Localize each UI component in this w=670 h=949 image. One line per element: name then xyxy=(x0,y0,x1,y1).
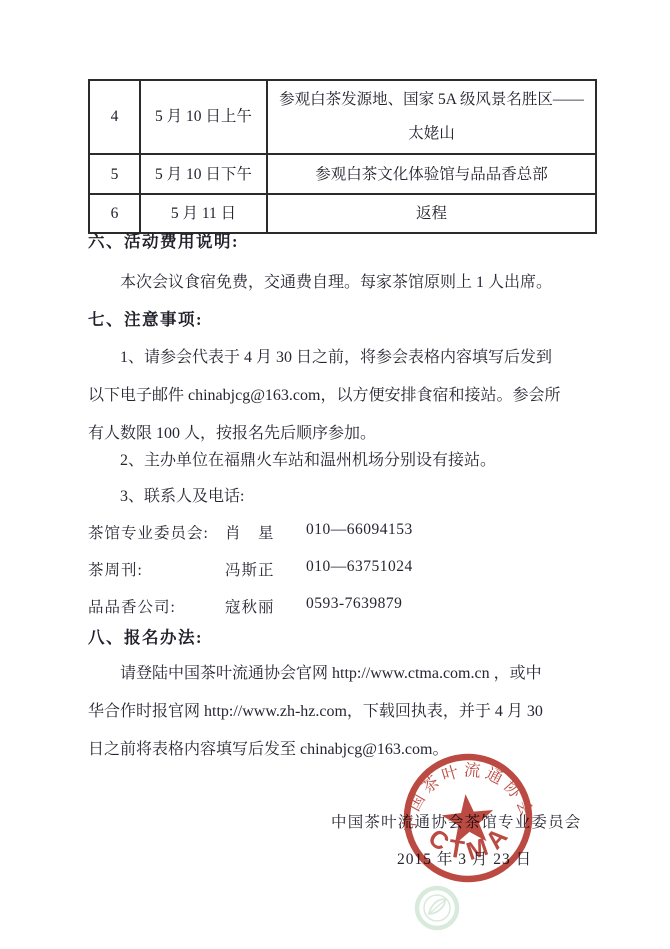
section-notes-heading: 七、注意事项: xyxy=(88,309,600,331)
row-number: 4 xyxy=(89,80,140,154)
contact-org: 茶周刊: xyxy=(88,558,225,580)
section-fee-heading: 六、活动费用说明: xyxy=(88,231,600,253)
notes-item1-line2: 以下电子邮件 chinabjcg@163.com，以方便安排食宿和接站。参会所 xyxy=(88,385,600,407)
contact-phone: 0593-7639879 xyxy=(306,595,600,617)
row-time: 5 月 10 日上午 xyxy=(140,80,267,154)
row-number: 6 xyxy=(89,194,140,233)
section-fee-body: 本次会议食宿免费，交通费自理。每家茶馆原则上 1 人出席。 xyxy=(88,272,632,294)
contact-org: 品品香公司: xyxy=(88,595,225,617)
contact-phone: 010—63751024 xyxy=(306,558,600,580)
table-row: 5 5 月 10 日下午 参观白茶文化体验馆与品品香总部 xyxy=(89,154,596,194)
schedule-table: 4 5 月 10 日上午 参观白茶发源地、国家 5A 级风景名胜区——太姥山 5… xyxy=(88,79,597,234)
register-line1: 请登陆中国茶叶流通协会官网 http://www.ctma.com.cn ，或中 xyxy=(88,663,632,685)
leaf-watermark-icon xyxy=(413,884,461,932)
row-activity: 参观白茶文化体验馆与品品香总部 xyxy=(267,154,596,194)
row-activity: 参观白茶发源地、国家 5A 级风景名胜区——太姥山 xyxy=(267,80,596,154)
notes-item1-line3: 有人数限 100 人，按报名先后顺序参加。 xyxy=(88,423,600,445)
notes-item1-line1: 1、请参会代表于 4 月 30 日之前，将参会表格内容填写后发到 xyxy=(88,347,632,369)
row-activity: 返程 xyxy=(267,194,596,233)
contact-row: 茶馆专业委员会: 肖 星 010—66094153 xyxy=(88,521,600,543)
contact-phone: 010—66094153 xyxy=(306,521,600,543)
notes-item2: 2、主办单位在福鼎火车站和温州机场分别设有接站。 xyxy=(88,450,632,472)
row-time: 5 月 10 日下午 xyxy=(140,154,267,194)
document-page: 4 5 月 10 日上午 参观白茶发源地、国家 5A 级风景名胜区——太姥山 5… xyxy=(0,0,670,949)
contact-name: 肖 星 xyxy=(225,521,306,543)
official-seal-stamp: 中国茶叶流通协会 CTMA xyxy=(391,741,545,895)
section-register-heading: 八、报名办法: xyxy=(88,627,600,649)
contact-row: 茶周刊: 冯斯正 010—63751024 xyxy=(88,558,600,580)
row-number: 5 xyxy=(89,154,140,194)
table-row: 4 5 月 10 日上午 参观白茶发源地、国家 5A 级风景名胜区——太姥山 xyxy=(89,80,596,154)
contact-name: 冯斯正 xyxy=(225,558,306,580)
contact-name: 寇秋丽 xyxy=(225,595,306,617)
table-row: 6 5 月 11 日 返程 xyxy=(89,194,596,233)
notes-item3: 3、联系人及电话: xyxy=(88,486,632,508)
contact-row: 品品香公司: 寇秋丽 0593-7639879 xyxy=(88,595,600,617)
contact-org: 茶馆专业委员会: xyxy=(88,521,225,543)
register-line2: 华合作时报官网 http://www.zh-hz.com，下载回执表，并于 4 … xyxy=(88,701,600,723)
row-time: 5 月 11 日 xyxy=(140,194,267,233)
